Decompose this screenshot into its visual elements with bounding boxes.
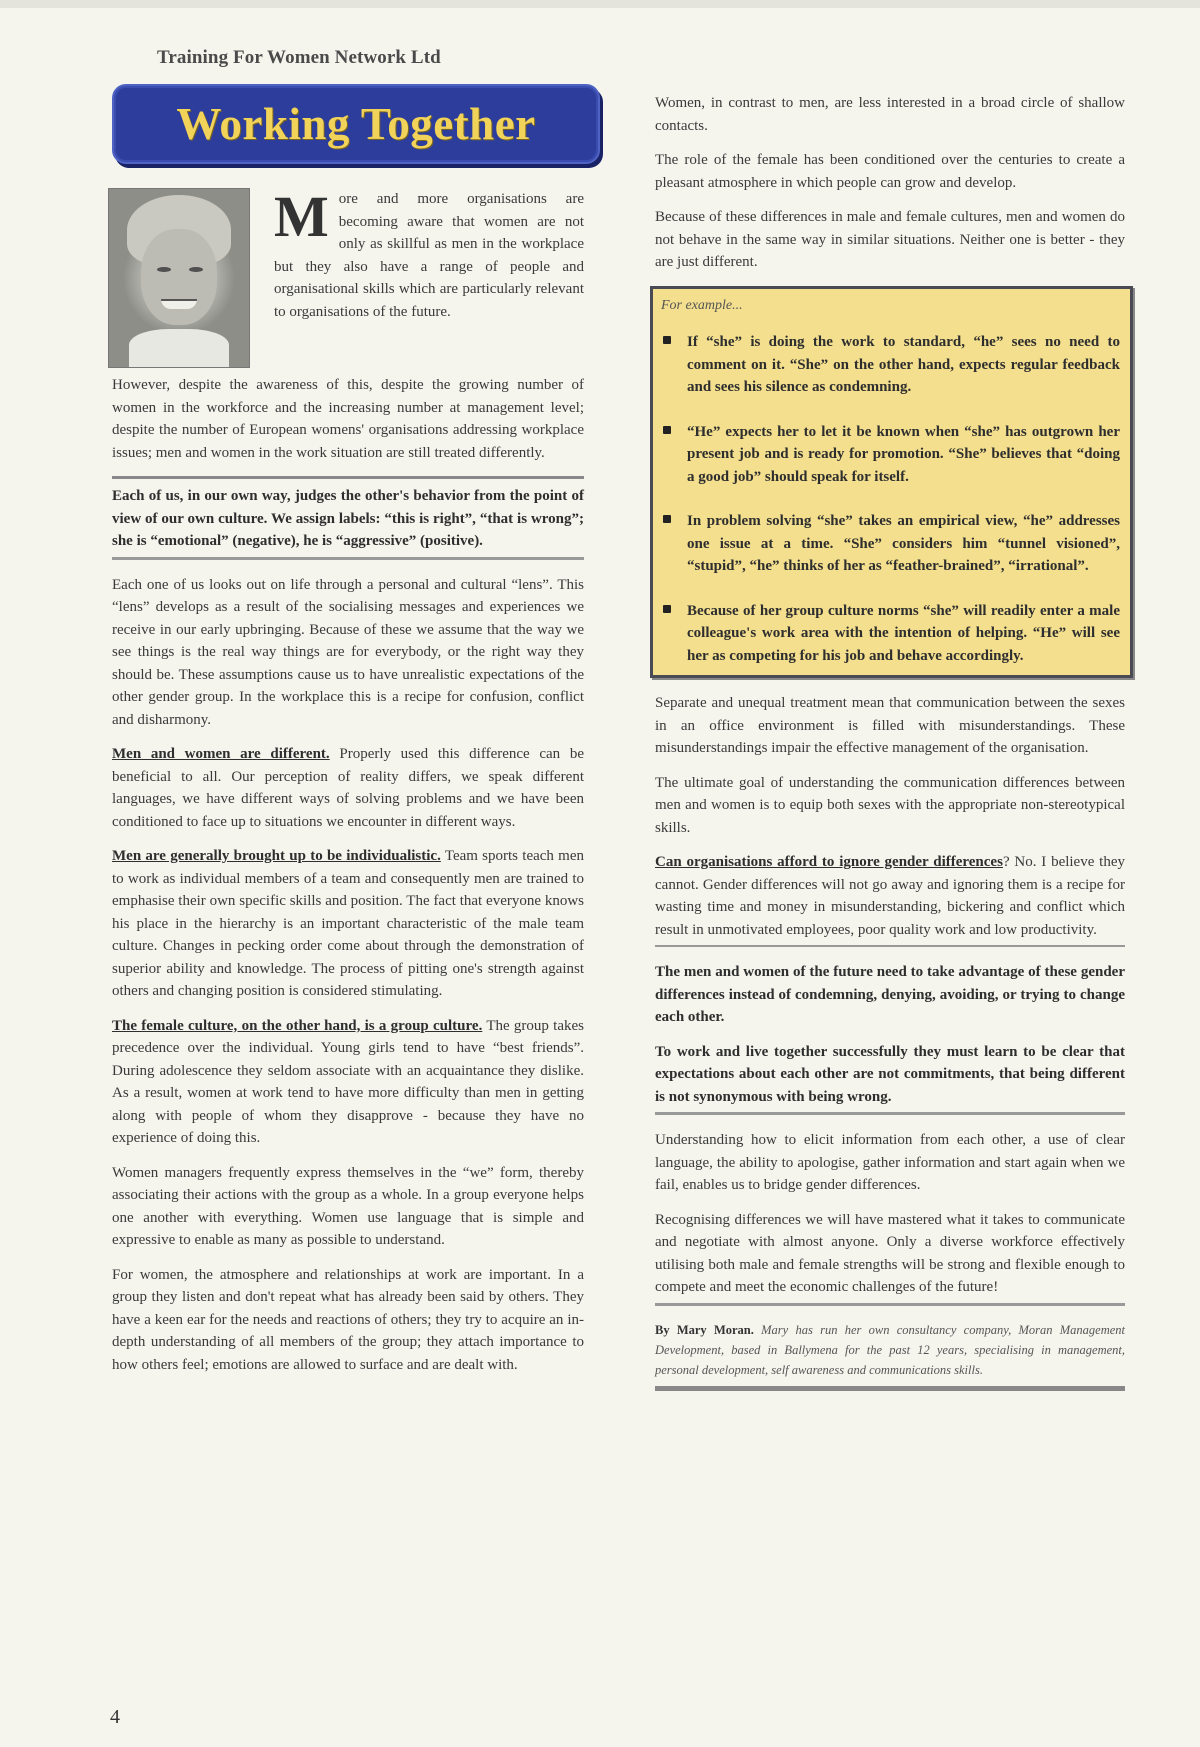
example-label: For example... xyxy=(661,295,1120,318)
title-banner: Working Together xyxy=(112,84,600,164)
bullet-icon xyxy=(663,336,671,344)
example-item: Because of her group culture norms “she”… xyxy=(661,600,1120,668)
lead-different: Men and women are different. xyxy=(112,746,330,762)
example-list: If “she” is doing the work to standard, … xyxy=(661,331,1120,667)
paragraph-afford: Can organisations afford to ignore gende… xyxy=(655,851,1125,947)
paragraph-group-culture: The female culture, on the other hand, i… xyxy=(112,1015,584,1150)
callout-judges: Each of us, in our own way, judges the o… xyxy=(112,476,584,560)
bullet-icon xyxy=(663,426,671,434)
bullet-icon xyxy=(663,605,671,613)
example-item: If “she” is doing the work to standard, … xyxy=(661,331,1120,399)
paragraph-separate: Separate and unequal treatment mean that… xyxy=(655,692,1125,760)
paragraph-because: Because of these differences in male and… xyxy=(655,206,1125,274)
right-column: Women, in contrast to men, are less inte… xyxy=(655,92,1125,1403)
paragraph-different: Men and women are different. Properly us… xyxy=(112,743,584,833)
byline-author: By Mary Moran. xyxy=(655,1323,754,1337)
author-photo xyxy=(108,188,250,368)
left-column: M ore and more organisations are becomin… xyxy=(112,188,584,1388)
callout-future: The men and women of the future need to … xyxy=(655,961,1125,1029)
lead-individualistic: Men are generally brought up to be indiv… xyxy=(112,848,441,864)
lead-group-culture: The female culture, on the other hand, i… xyxy=(112,1018,482,1034)
paragraph-however: However, despite the awareness of this, … xyxy=(112,374,584,464)
author-byline: By Mary Moran. Mary has run her own cons… xyxy=(655,1320,1125,1391)
example-box: For example... If “she” is doing the wor… xyxy=(650,286,1133,679)
example-item: “He” expects her to let it be known when… xyxy=(661,421,1120,489)
bullet-icon xyxy=(663,515,671,523)
paragraph-recognising: Recognising differences we will have mas… xyxy=(655,1209,1125,1306)
example-item: In problem solving “she” takes an empiri… xyxy=(661,510,1120,578)
drop-cap: M xyxy=(274,192,329,242)
organization-header: Training For Women Network Ltd xyxy=(157,47,441,69)
paragraph-role: The role of the female has been conditio… xyxy=(655,149,1125,194)
paragraph-contrast: Women, in contrast to men, are less inte… xyxy=(655,92,1125,137)
paragraph-goal: The ultimate goal of understanding the c… xyxy=(655,772,1125,840)
page-title: Working Together xyxy=(176,98,535,150)
lead-afford: Can organisations afford to ignore gende… xyxy=(655,854,1003,870)
paragraph-atmosphere: For women, the atmosphere and relationsh… xyxy=(112,1264,584,1377)
paragraph-individualistic: Men are generally brought up to be indiv… xyxy=(112,845,584,1003)
page-top-edge xyxy=(0,0,1200,8)
paragraph-lens: Each one of us looks out on life through… xyxy=(112,574,584,732)
callout-together: To work and live together successfully t… xyxy=(655,1041,1125,1116)
intro-section: M ore and more organisations are becomin… xyxy=(112,188,584,366)
page-number: 4 xyxy=(110,1706,120,1729)
paragraph-managers: Women managers frequently express themse… xyxy=(112,1162,584,1252)
paragraph-understanding: Understanding how to elicit information … xyxy=(655,1129,1125,1197)
